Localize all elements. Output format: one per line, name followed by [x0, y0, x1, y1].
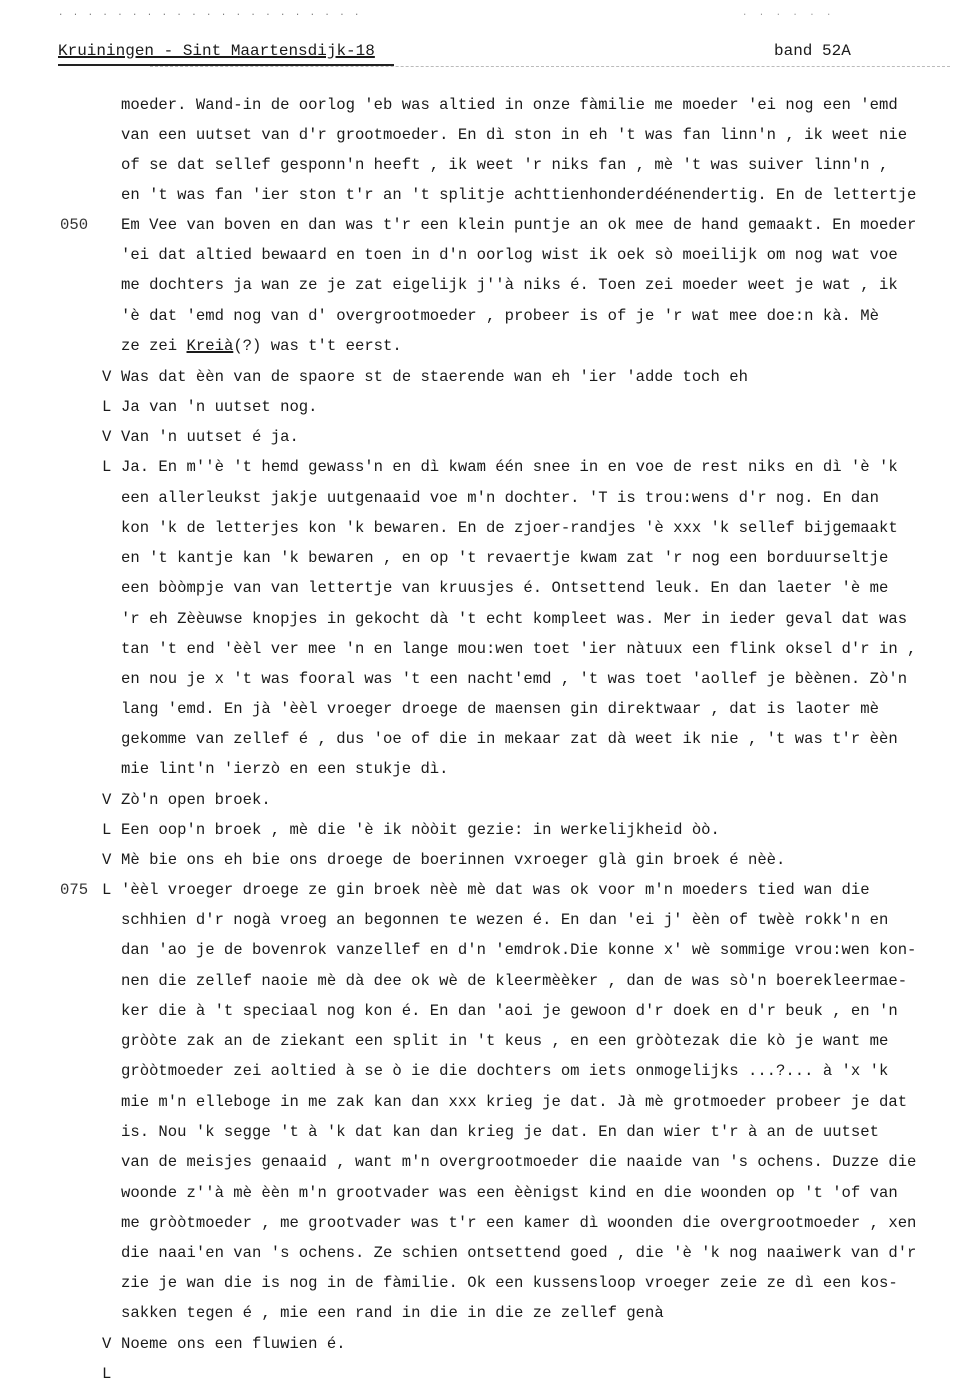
transcript-line: LJa. En m''è 't hemd gewass'n en dì kwam…: [0, 452, 979, 482]
transcript-line: een bòòmpje van van lettertje van kruusj…: [0, 573, 979, 603]
line-text: 'ei dat altied bewaard en toen in d'n oo…: [121, 240, 898, 270]
line-text: lang 'emd. En jà 'èèl vroeger droege de …: [121, 694, 879, 724]
transcript-line: L: [0, 1359, 979, 1389]
line-text: die naai'en van 's ochens. Ze schien ont…: [121, 1238, 916, 1268]
transcript-line: ze zei Kreià(?) was t't eerst.: [0, 331, 979, 361]
line-text: van de meisjes genaaid , want m'n overgr…: [121, 1147, 916, 1177]
speaker-marker: L: [102, 392, 111, 422]
transcript-line: kon 'k de letterjes kon 'k bewaren. En d…: [0, 513, 979, 543]
line-text: me dochters ja wan ze je zat eigelijk j'…: [121, 270, 898, 300]
line-text: Zò'n open broek.: [121, 785, 271, 815]
transcript-line: van de meisjes genaaid , want m'n overgr…: [0, 1147, 979, 1177]
transcript-line: schhien d'r nogà vroeg an begonnen te we…: [0, 905, 979, 935]
line-text: een allerleukst jakje uutgenaaid voe m'n…: [121, 483, 879, 513]
speaker-marker: L: [102, 815, 111, 845]
transcript-line: LJa van 'n uutset nog.: [0, 392, 979, 422]
line-text: me gròòtmoeder , me grootvader was t'r e…: [121, 1208, 916, 1238]
line-text: woonde z''à mè èèn m'n grootvader was ee…: [121, 1178, 898, 1208]
line-text: is. Nou 'k segge 't à 'k dat kan dan kri…: [121, 1117, 879, 1147]
transcript-line: van een uutset van d'r grootmoeder. En d…: [0, 120, 979, 150]
transcript-line: VZò'n open broek.: [0, 785, 979, 815]
line-text: Was dat èèn van de spaore st de staerend…: [121, 362, 748, 392]
transcript-line: mie lint'n 'ierzò en een stukje dì.: [0, 754, 979, 784]
transcript-line: lang 'emd. En jà 'èèl vroeger droege de …: [0, 694, 979, 724]
line-text: sakken tegen é , mie een rand in die in …: [121, 1298, 664, 1328]
line-text: mie m'n elleboge in me zak kan dan xxx k…: [121, 1087, 907, 1117]
transcript-line: en 't kantje kan 'k bewaren , en op 't r…: [0, 543, 979, 573]
transcript-line: me gròòtmoeder , me grootvader was t'r e…: [0, 1208, 979, 1238]
line-text: moeder. Wand-in de oorlog 'eb was altied…: [121, 90, 898, 120]
line-text: of se dat sellef gesponn'n heeft , ik we…: [121, 150, 888, 180]
line-text: een bòòmpje van van lettertje van kruusj…: [121, 573, 888, 603]
line-text: Ja van 'n uutset nog.: [121, 392, 318, 422]
line-text: 'è dat 'emd nog van d' overgrootmoeder ,…: [121, 301, 879, 331]
transcript-line: 050Em Vee van boven en dan was t'r een k…: [0, 210, 979, 240]
transcript-line: 075L'èèl vroeger droege ze gin broek nèè…: [0, 875, 979, 905]
transcript-line: die naai'en van 's ochens. Ze schien ont…: [0, 1238, 979, 1268]
scan-artifact: . . . . . . . . . . . . . . . . . . . . …: [58, 8, 361, 18]
line-number: 075: [60, 875, 88, 905]
transcript-line: of se dat sellef gesponn'n heeft , ik we…: [0, 150, 979, 180]
line-text: van een uutset van d'r grootmoeder. En d…: [121, 120, 907, 150]
line-text: Em Vee van boven en dan was t'r een klei…: [121, 210, 916, 240]
speaker-marker: V: [102, 422, 111, 452]
line-text: mie lint'n 'ierzò en een stukje dì.: [121, 754, 449, 784]
transcript-line: VNoeme ons een fluwien é.: [0, 1329, 979, 1359]
line-text: gròòtmoeder zei aoltied à se ò ie die do…: [121, 1056, 888, 1086]
line-text: nen die zellef naoie mè dà dee ok wè de …: [121, 966, 907, 996]
transcript-line: VWas dat èèn van de spaore st de staeren…: [0, 362, 979, 392]
line-text: en 't kantje kan 'k bewaren , en op 't r…: [121, 543, 888, 573]
transcript-line: gròòtmoeder zei aoltied à se ò ie die do…: [0, 1056, 979, 1086]
transcript-line: VVan 'n uutset é ja.: [0, 422, 979, 452]
speaker-marker: V: [102, 785, 111, 815]
line-text: 'èèl vroeger droege ze gin broek nèè mè …: [121, 875, 870, 905]
line-text: ze zei Kreià(?) was t't eerst.: [121, 331, 402, 361]
line-text: gròòte zak an de ziekant een split in 't…: [121, 1026, 888, 1056]
line-text: Een oop'n broek , mè die 'è ik nòòit gez…: [121, 815, 720, 845]
transcript-line: gekomme van zellef é , dus 'oe of die in…: [0, 724, 979, 754]
line-text: dan 'ao je de bovenrok vanzellef en d'n …: [121, 935, 916, 965]
transcript-line: zie je wan die is nog in de fàmilie. Ok …: [0, 1268, 979, 1298]
transcript-line: woonde z''à mè èèn m'n grootvader was ee…: [0, 1178, 979, 1208]
transcript-line: gròòte zak an de ziekant een split in 't…: [0, 1026, 979, 1056]
speaker-marker: L: [102, 1359, 111, 1389]
transcript-line: is. Nou 'k segge 't à 'k dat kan dan kri…: [0, 1117, 979, 1147]
line-text: zie je wan die is nog in de fàmilie. Ok …: [121, 1268, 898, 1298]
text-segment: (?) was t't eerst.: [233, 337, 401, 355]
line-text: schhien d'r nogà vroeg an begonnen te we…: [121, 905, 888, 935]
page-header: Kruiningen - Sint Maartensdijk-18 band 5…: [58, 42, 948, 64]
transcript-line: VMè bie ons eh bie ons droege de boerinn…: [0, 845, 979, 875]
speaker-marker: V: [102, 1329, 111, 1359]
line-text: gekomme van zellef é , dus 'oe of die in…: [121, 724, 898, 754]
line-number: 050: [60, 210, 88, 240]
transcript-line: 'è dat 'emd nog van d' overgrootmoeder ,…: [0, 301, 979, 331]
line-text: Van 'n uutset é ja.: [121, 422, 299, 452]
line-text: Mè bie ons eh bie ons droege de boerinne…: [121, 845, 785, 875]
transcript-line: mie m'n elleboge in me zak kan dan xxx k…: [0, 1087, 979, 1117]
speaker-marker: L: [102, 875, 111, 905]
transcript-line: en 't was fan 'ier ston t'r an 't splitj…: [0, 180, 979, 210]
transcript-line: een allerleukst jakje uutgenaaid voe m'n…: [0, 483, 979, 513]
text-segment: ze zei: [121, 337, 187, 355]
line-text: tan 't end 'èèl ver mee 'n en lange mou:…: [121, 634, 916, 664]
line-text: en nou je x 't was fooral was 't een nac…: [121, 664, 907, 694]
speaker-marker: V: [102, 845, 111, 875]
line-text: kon 'k de letterjes kon 'k bewaren. En d…: [121, 513, 898, 543]
transcript-line: tan 't end 'èèl ver mee 'n en lange mou:…: [0, 634, 979, 664]
transcript-line: LEen oop'n broek , mè die 'è ik nòòit ge…: [0, 815, 979, 845]
underlined-word: Kreià: [187, 337, 234, 355]
line-text: 'r eh Zèèuwse knopjes in gekocht dà 't e…: [121, 604, 907, 634]
transcript-line: me dochters ja wan ze je zat eigelijk j'…: [0, 270, 979, 300]
speaker-marker: V: [102, 362, 111, 392]
transcript-line: sakken tegen é , mie een rand in die in …: [0, 1298, 979, 1328]
transcript-line: 'ei dat altied bewaard en toen in d'n oo…: [0, 240, 979, 270]
band-label: band 52A: [774, 42, 851, 60]
header-divider: [150, 66, 950, 68]
location-title: Kruiningen - Sint Maartensdijk-18: [58, 42, 375, 60]
line-text: en 't was fan 'ier ston t'r an 't splitj…: [121, 180, 916, 210]
speaker-marker: L: [102, 452, 111, 482]
transcript-line: dan 'ao je de bovenrok vanzellef en d'n …: [0, 935, 979, 965]
transcript-line: moeder. Wand-in de oorlog 'eb was altied…: [0, 90, 979, 120]
line-text: ker die à 't speciaal nog kon é. En dan …: [121, 996, 898, 1026]
transcript-line: ker die à 't speciaal nog kon é. En dan …: [0, 996, 979, 1026]
line-text: Ja. En m''è 't hemd gewass'n en dì kwam …: [121, 452, 898, 482]
transcript-line: nen die zellef naoie mè dà dee ok wè de …: [0, 966, 979, 996]
transcript-line: 'r eh Zèèuwse knopjes in gekocht dà 't e…: [0, 604, 979, 634]
scan-artifact: . . . . . .: [742, 8, 834, 18]
line-text: Noeme ons een fluwien é.: [121, 1329, 346, 1359]
transcript-line: en nou je x 't was fooral was 't een nac…: [0, 664, 979, 694]
